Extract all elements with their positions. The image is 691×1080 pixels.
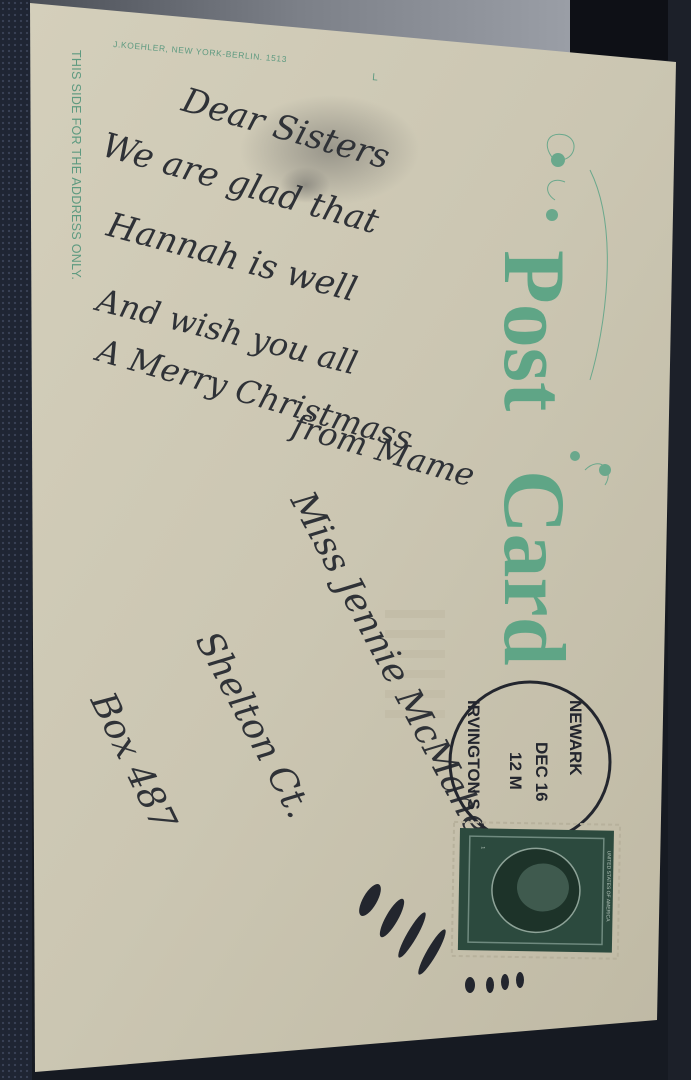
binder-texture bbox=[0, 0, 32, 1080]
title-card: Card bbox=[485, 470, 582, 666]
postmark-date: DEC 16 bbox=[532, 742, 551, 802]
address-side-instruction: THIS SIDE FOR THE ADDRESS ONLY. bbox=[69, 50, 83, 280]
postage-stamp: UNITED STATES OF AMERICA 1 bbox=[452, 822, 620, 959]
title-post: Post bbox=[485, 250, 582, 411]
postmark-city-top: NEWARK bbox=[566, 700, 585, 776]
postmark-city-bottom: IRVINGTON S bbox=[464, 700, 483, 810]
postmark-time: 12 M bbox=[506, 752, 525, 790]
postcard-photo: J.KOEHLER, NEW YORK-BERLIN. 1513 L THIS … bbox=[0, 0, 691, 1080]
stamp-denomination: 1 bbox=[480, 846, 486, 849]
stamp-label: UNITED STATES OF AMERICA bbox=[604, 851, 611, 923]
